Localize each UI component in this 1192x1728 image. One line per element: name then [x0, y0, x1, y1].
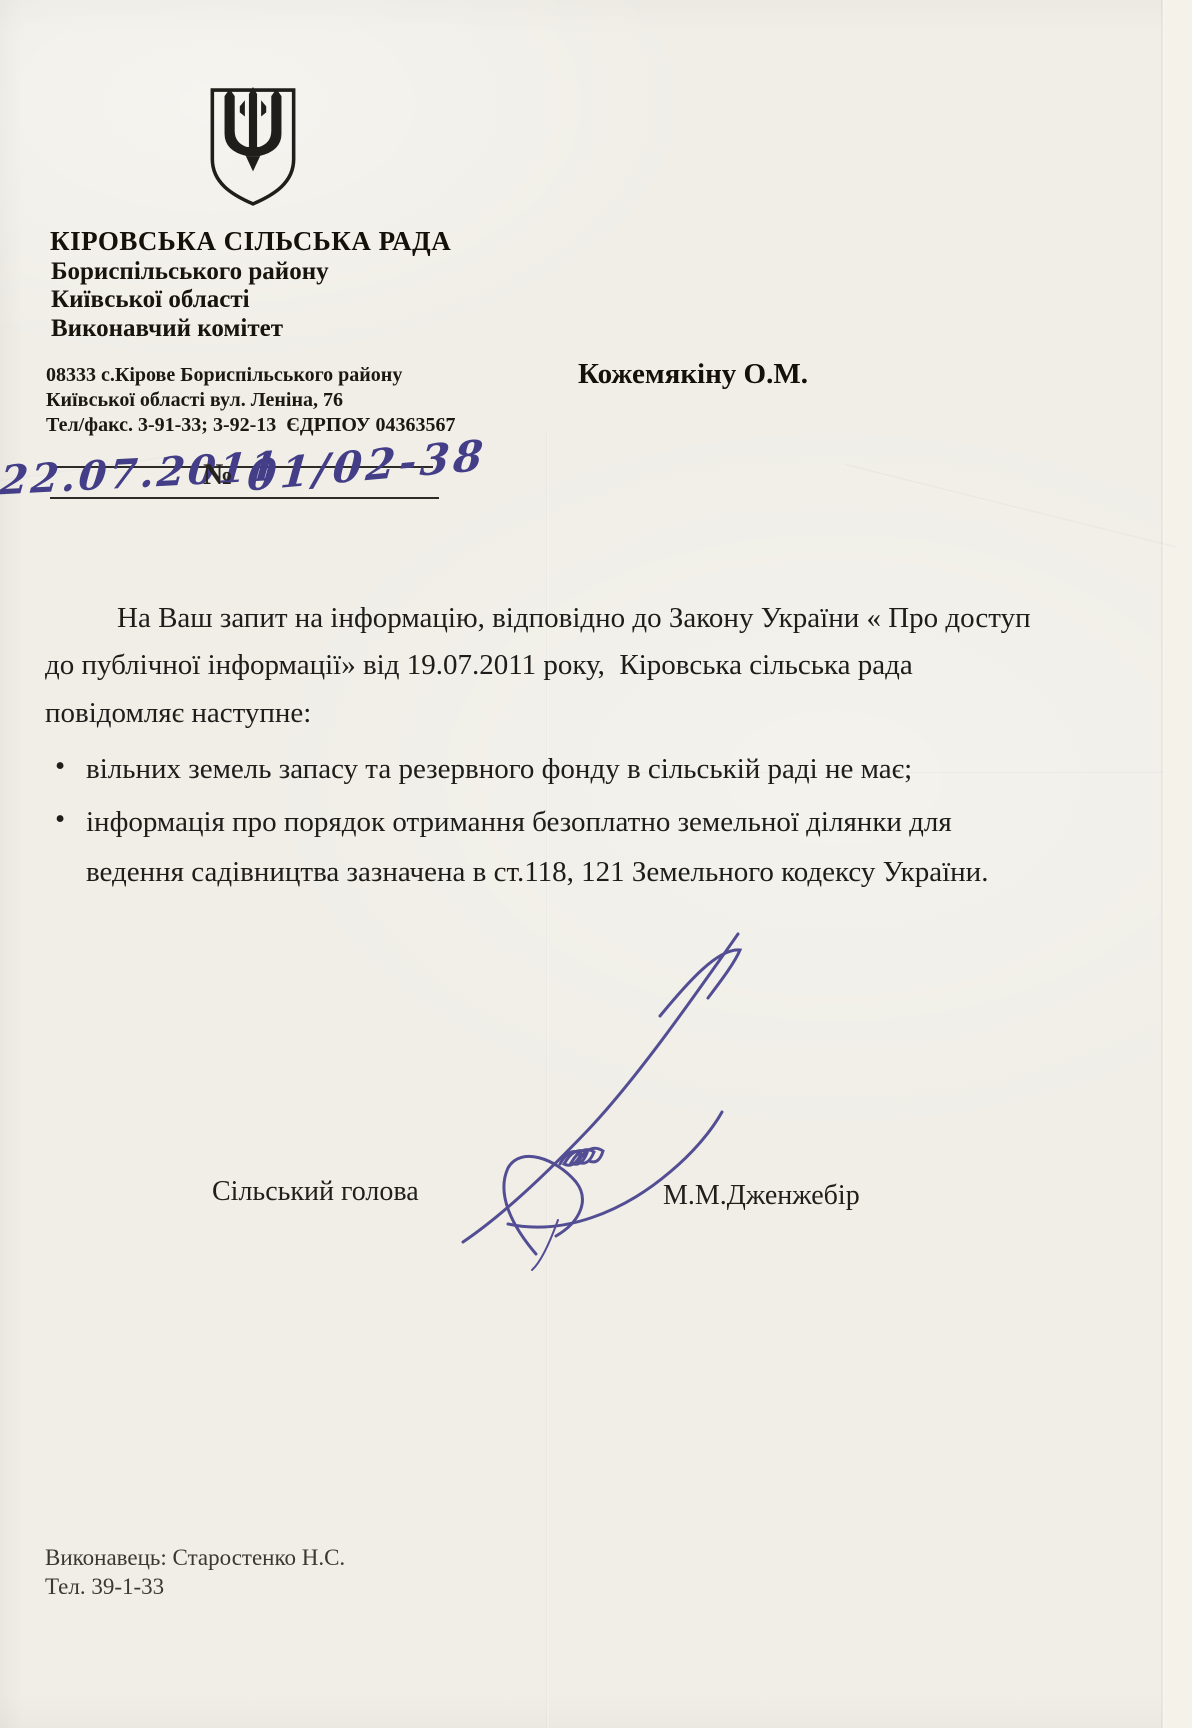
address-line-2: Київської області вул. Леніна, 76	[46, 389, 343, 412]
bullet-marker: •	[55, 750, 65, 783]
footer-executor: Виконавець: Старостенко Н.С.	[45, 1545, 345, 1571]
handwritten-date: 22.07.2011	[0, 443, 282, 505]
handwritten-signature	[408, 920, 744, 1272]
numero-sign: №	[203, 458, 233, 492]
bullet-marker: •	[55, 803, 65, 836]
footer-phone: Тел. 39-1-33	[45, 1574, 164, 1600]
body-line-2: до публічної інформації» від 19.07.2011 …	[45, 649, 913, 682]
ukraine-trident-coat-of-arms-icon	[206, 86, 300, 210]
org-district: Бориспільського району	[51, 258, 329, 286]
bullet-item-1: вільних земель запасу та резервного фонд…	[86, 753, 912, 786]
bullet-item-2-line-2: ведення садівництва зазначена в ст.118, …	[86, 856, 988, 889]
body-line-3: повідомляє наступне:	[45, 697, 311, 730]
signatory-name: М.М.Дженжебір	[663, 1180, 860, 1212]
body-line-1: На Ваш запит на інформацію, відповідно д…	[117, 602, 1031, 635]
fold-crease-diagonal	[845, 464, 1176, 549]
signature-title: Сільський голова	[212, 1176, 419, 1208]
paper-edge-strip	[1163, 0, 1192, 1728]
org-region: Київської області	[51, 286, 250, 314]
address-line-3: Тел/факс. 3-91-33; 3-92-13 ЄДРПОУ 043635…	[46, 414, 455, 437]
addressee-name: Кожемякіну О.М.	[578, 358, 808, 391]
org-committee: Виконавчий комітет	[51, 315, 283, 343]
handwritten-ref-number: 01/02-38	[245, 430, 489, 500]
org-name: КІРОВСЬКА СІЛЬСЬКА РАДА	[50, 226, 451, 257]
bullet-item-2-line-1: інформація про порядок отримання безопла…	[86, 806, 952, 839]
scanned-letter-page: КІРОВСЬКА СІЛЬСЬКА РАДА Бориспільського …	[0, 0, 1192, 1728]
paper-edge-line	[1161, 0, 1164, 1728]
address-line-1: 08333 с.Кірове Бориспільського району	[46, 364, 402, 387]
